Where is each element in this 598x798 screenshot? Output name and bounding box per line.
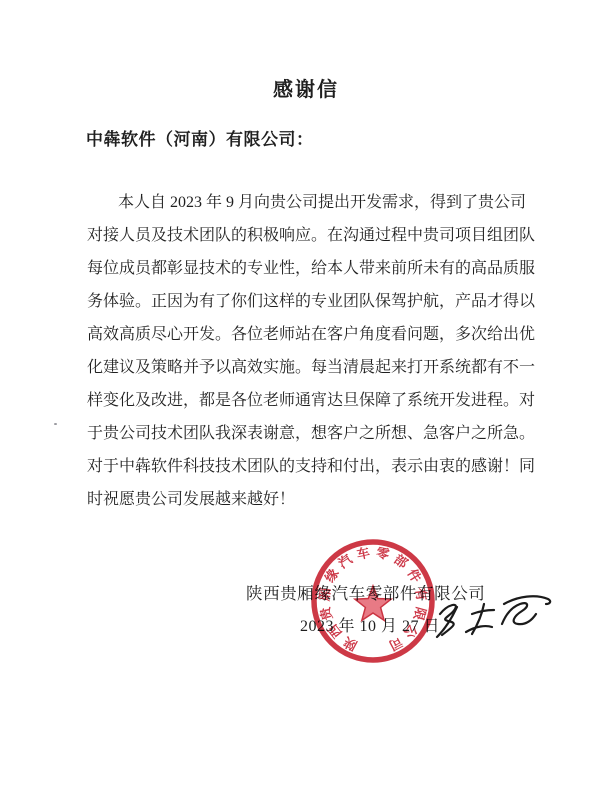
body-line: 对接人员及技术团队的积极响应。在沟通过程中贵司项目组团队 xyxy=(87,219,512,252)
body-line: 样变化及改进，都是各位老师通宵达旦保障了系统开发进程。对 xyxy=(87,384,512,417)
scanned-letter-page: 感谢信 中犇软件（河南）有限公司： 本人自 2023 年 9 月向贵公司提出开发… xyxy=(0,0,598,798)
body-line: 对于中犇软件科技技术团队的支持和付出，表示由衷的感谢！同 xyxy=(87,450,512,483)
stamp-arc-char: 限 xyxy=(411,605,429,621)
letter-salutation: 中犇软件（河南）有限公司： xyxy=(86,125,314,150)
signature-stroke xyxy=(502,603,536,624)
signature-stroke xyxy=(472,610,494,614)
body-line: 于贵公司技术团队我深表谢意，想客户之所想、急客户之所急。 xyxy=(87,417,512,450)
signature-stroke xyxy=(466,626,492,632)
body-line: 本人自 2023 年 9 月向贵公司提出开发需求，得到了贵公司 xyxy=(87,186,512,219)
body-line: 高效高质尽心开发。各位老师站在客户角度看问题，多次给出优 xyxy=(87,318,512,351)
stamp-arc-char: 零 xyxy=(375,545,391,562)
signature-stroke xyxy=(472,604,484,634)
body-line: 化建议及策略并予以高效实施。每当清晨起来打开系统都有不一 xyxy=(87,351,512,384)
stamp-arc-char: 车 xyxy=(355,545,371,562)
letter-body: 本人自 2023 年 9 月向贵公司提出开发需求，得到了贵公司 对接人员及技术团… xyxy=(87,186,512,516)
letter-title: 感谢信 xyxy=(0,73,598,102)
body-line: 时祝愿贵公司发展越来越好！ xyxy=(87,483,512,516)
stamp-arc-char: 厢 xyxy=(317,587,334,603)
company-seal-stamp: 陕西贵厢缘汽车零部件有限公司 xyxy=(307,535,439,667)
stamp-arc-char: 有 xyxy=(413,587,430,602)
handwritten-signature xyxy=(432,592,557,647)
stamp-star-icon xyxy=(355,586,391,620)
body-line: 每位成员都彰显技术的专业性，给本人带来前所未有的高品质服 xyxy=(87,252,512,285)
body-line: 务体验。正因为有了你们这样的专业团队保驾护航，产品才得以 xyxy=(87,285,512,318)
stamp-arc-char: 贵 xyxy=(317,605,335,622)
scan-speck xyxy=(54,423,57,425)
